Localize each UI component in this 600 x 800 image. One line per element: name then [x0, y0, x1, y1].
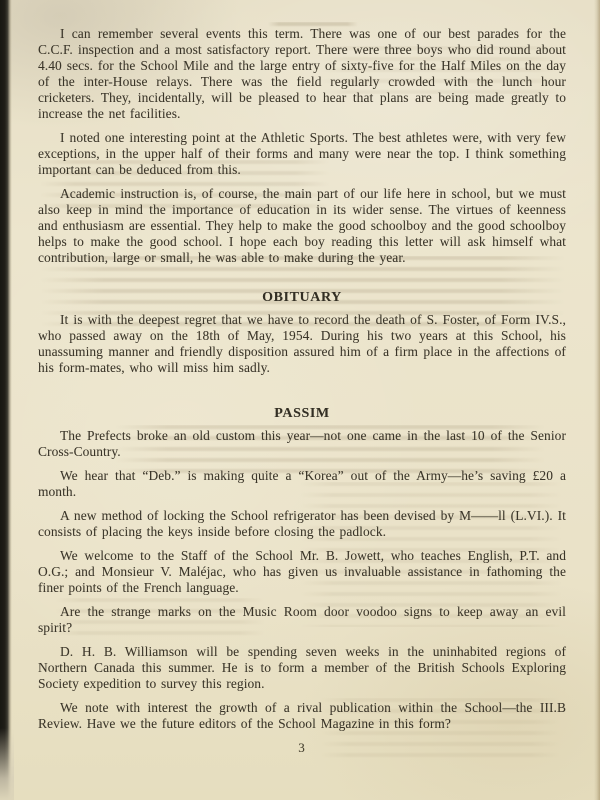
page-spine-shadow-fade — [0, 728, 14, 800]
obituary-heading: OBITUARY — [38, 290, 566, 306]
passim-item-5: Are the strange marks on the Music Room … — [38, 604, 566, 636]
passim-item-6: D. H. B. Williamson will be spending sev… — [38, 644, 566, 692]
passim-item-7: We note with interest the growth of a ri… — [38, 700, 566, 732]
obituary-paragraph: It is with the deepest regret that we ha… — [38, 312, 566, 376]
passim-item-4: We welcome to the Staff of the School Mr… — [38, 548, 566, 596]
passim-item-3: A new method of locking the School refri… — [38, 508, 566, 540]
intro-paragraph-3: Academic instruction is, of course, the … — [38, 186, 566, 266]
page-number: 3 — [38, 740, 566, 756]
scanned-magazine-page: I can remember several events this term.… — [0, 0, 600, 800]
passim-heading: PASSIM — [38, 406, 566, 422]
page-spine-shadow — [0, 0, 12, 800]
passim-item-2: We hear that “Deb.” is making quite a “K… — [38, 468, 566, 500]
page-right-edge — [594, 0, 600, 800]
passim-item-1: The Prefects broke an old custom this ye… — [38, 428, 566, 460]
intro-paragraph-2: I noted one interesting point at the Ath… — [38, 130, 566, 178]
page-content: I can remember several events this term.… — [38, 26, 566, 756]
intro-paragraph-1: I can remember several events this term.… — [38, 26, 566, 122]
